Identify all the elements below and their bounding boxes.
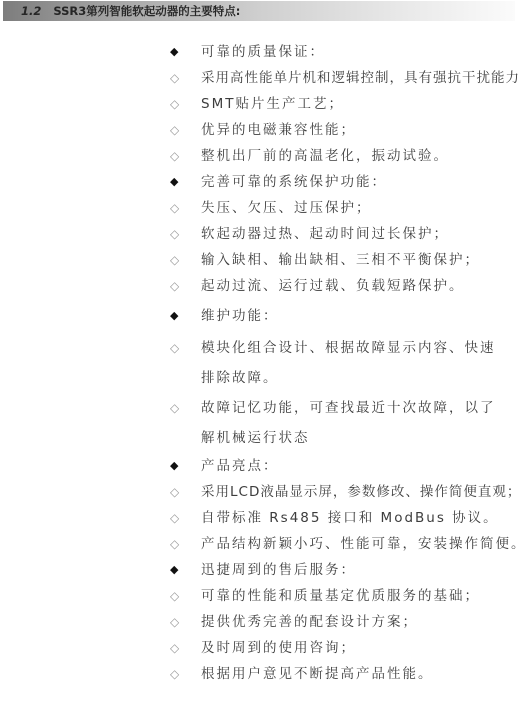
filled-diamond-icon: ◆ [166,39,201,65]
hollow-diamond-icon: ◇ [166,661,201,687]
hollow-diamond-icon: ◇ [166,195,201,221]
feature-list: ◆ 可靠的质量保证： ◇ 采用高性能单片机和逻辑控制，具有强抗干扰能力； ◇ S… [166,39,518,687]
hollow-diamond-icon: ◇ [166,333,201,363]
section-number: 1.2 [21,4,41,18]
feature-heading: ◆ 可靠的质量保证： [166,39,518,65]
feature-heading-text: 维护功能： [201,301,279,331]
section-title-text: SSR3第列智能软起动器的主要特点: [53,4,240,18]
hollow-diamond-icon: ◇ [166,479,201,505]
hollow-diamond-icon: ◇ [166,531,201,557]
feature-item-text: 模块化组合设计、根据故障显示内容、快速排除故障。 [201,333,501,393]
feature-item-text: 产品结构新颖小巧、性能可靠，安装操作简便。 [201,531,518,557]
feature-item: ◇ 故障记忆功能，可查找最近十次故障，以了解机械运行状态 [166,393,518,453]
feature-item: ◇ 根据用户意见不断提高产品性能。 [166,661,518,687]
feature-item: ◇ 采用高性能单片机和逻辑控制，具有强抗干扰能力； [166,65,518,91]
filled-diamond-icon: ◆ [166,557,201,583]
feature-item-text: 根据用户意见不断提高产品性能。 [201,661,434,687]
hollow-diamond-icon: ◇ [166,247,201,273]
hollow-diamond-icon: ◇ [166,91,201,117]
feature-heading-text: 迅捷周到的售后服务： [201,557,356,583]
feature-item: ◇ 可靠的性能和质量基定优质服务的基础； [166,583,518,609]
feature-item: ◇ 起动过流、运行过载、负载短路保护。 [166,273,518,299]
feature-item-text: 故障记忆功能，可查找最近十次故障，以了解机械运行状态 [201,393,501,453]
feature-item-text: 整机出厂前的高温老化，振动试验。 [201,143,449,169]
filled-diamond-icon: ◆ [166,453,201,479]
feature-item-text: SMT贴片生产工艺； [201,91,344,117]
hollow-diamond-icon: ◇ [166,143,201,169]
feature-item: ◇ SMT贴片生产工艺； [166,91,518,117]
filled-diamond-icon: ◆ [166,169,201,195]
feature-heading-text: 完善可靠的系统保护功能： [201,169,387,195]
hollow-diamond-icon: ◇ [166,65,201,91]
feature-item-text: 失压、欠压、过压保护； [201,195,372,221]
hollow-diamond-icon: ◇ [166,635,201,661]
feature-item-text: 优异的电磁兼容性能； [201,117,356,143]
hollow-diamond-icon: ◇ [166,221,201,247]
feature-item-text: 输入缺相、输出缺相、三相不平衡保护； [201,247,480,273]
feature-item-text: 软起动器过热、起动时间过长保护； [201,221,449,247]
filled-diamond-icon: ◆ [166,301,201,331]
feature-heading: ◆ 产品亮点： [166,453,518,479]
feature-item: ◇ 失压、欠压、过压保护； [166,195,518,221]
feature-item: ◇ 产品结构新颖小巧、性能可靠，安装操作简便。 [166,531,518,557]
hollow-diamond-icon: ◇ [166,273,201,299]
feature-item: ◇ 采用LCD液晶显示屏，参数修改、操作简便直观； [166,479,518,505]
feature-heading-text: 产品亮点： [201,453,279,479]
feature-item-text: 采用LCD液晶显示屏，参数修改、操作简便直观； [201,479,518,505]
hollow-diamond-icon: ◇ [166,505,201,531]
feature-item-text: 自带标准 Rs485 接口和 ModBus 协议。 [201,505,499,531]
feature-heading: ◆ 完善可靠的系统保护功能： [166,169,518,195]
hollow-diamond-icon: ◇ [166,117,201,143]
feature-item-text: 提供优秀完善的配套设计方案； [201,609,418,635]
feature-heading: ◆ 维护功能： [166,301,518,331]
feature-item: ◇ 输入缺相、输出缺相、三相不平衡保护； [166,247,518,273]
feature-heading-text: 可靠的质量保证： [201,39,325,65]
hollow-diamond-icon: ◇ [166,609,201,635]
feature-item: ◇ 及时周到的使用咨询； [166,635,518,661]
feature-item: ◇ 软起动器过热、起动时间过长保护； [166,221,518,247]
feature-heading: ◆ 迅捷周到的售后服务： [166,557,518,583]
feature-item: ◇ 自带标准 Rs485 接口和 ModBus 协议。 [166,505,518,531]
section-title: 1.2SSR3第列智能软起动器的主要特点: [21,3,240,19]
section-header-bar: 1.2SSR3第列智能软起动器的主要特点: [3,1,515,21]
feature-item: ◇ 提供优秀完善的配套设计方案； [166,609,518,635]
feature-item-text: 起动过流、运行过载、负载短路保护。 [201,273,465,299]
feature-item-text: 可靠的性能和质量基定优质服务的基础； [201,583,480,609]
feature-item-text: 及时周到的使用咨询； [201,635,356,661]
feature-item-text: 采用高性能单片机和逻辑控制，具有强抗干扰能力； [201,65,518,91]
hollow-diamond-icon: ◇ [166,583,201,609]
hollow-diamond-icon: ◇ [166,393,201,423]
feature-item: ◇ 模块化组合设计、根据故障显示内容、快速排除故障。 [166,333,518,393]
feature-item: ◇ 优异的电磁兼容性能； [166,117,518,143]
feature-item: ◇ 整机出厂前的高温老化，振动试验。 [166,143,518,169]
